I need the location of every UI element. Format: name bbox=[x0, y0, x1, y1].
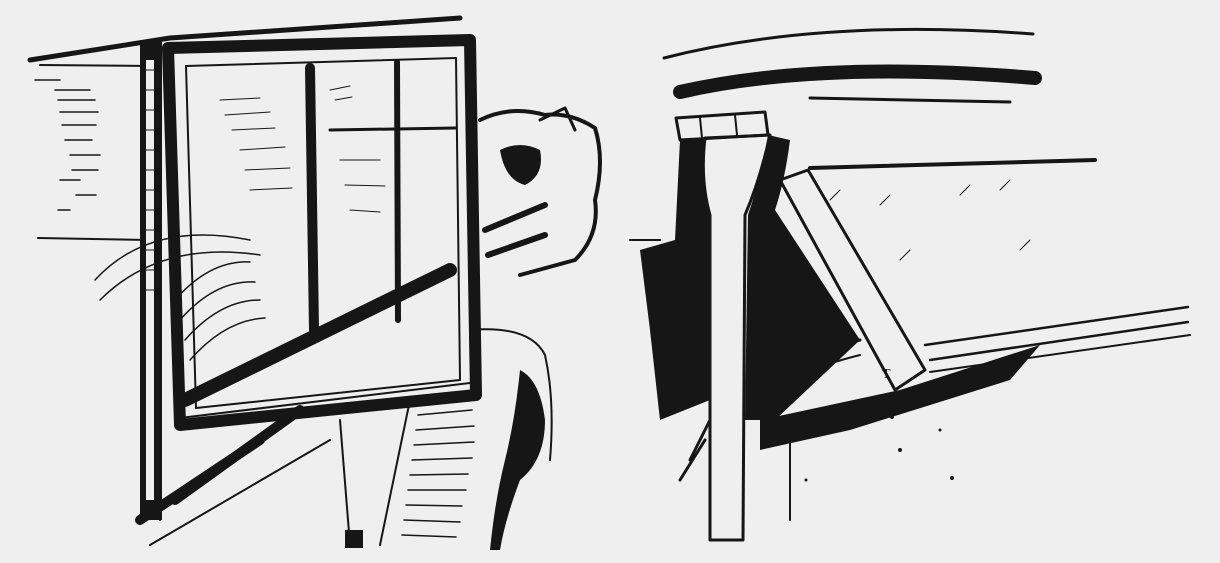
illustration-stage: T bbox=[0, 0, 1220, 563]
left-panel-hinge-mechanism bbox=[480, 108, 600, 275]
left-panel-fender bbox=[340, 329, 552, 550]
right-panel-roof-support: T bbox=[630, 29, 1190, 540]
left-panel-window-frame bbox=[30, 18, 478, 545]
illustration: T bbox=[0, 0, 1220, 563]
strut-marker-label: T bbox=[882, 367, 891, 382]
